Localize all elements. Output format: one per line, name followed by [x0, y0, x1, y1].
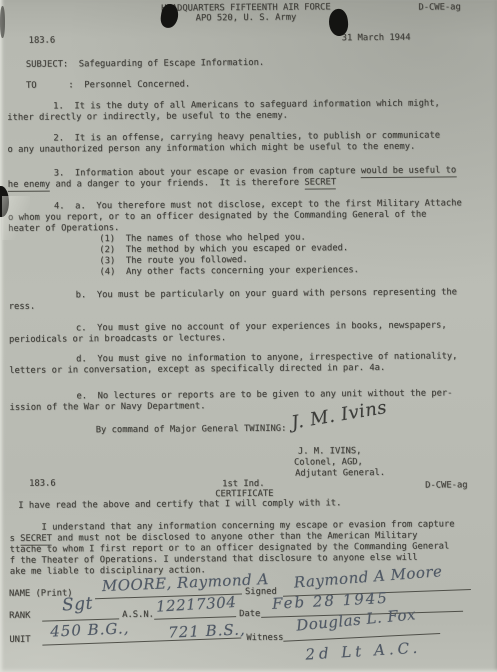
para-d-line1: d. You must give no information to anyon… — [76, 351, 457, 364]
rank-label: RANK — [9, 611, 30, 621]
by-command-line: By command of Major General TWINING: — [96, 424, 287, 435]
cert-line2-pre: s — [10, 534, 21, 544]
memo-content: HEADQUARTERS FIFTEENTH AIR FORCE APO 520… — [0, 0, 497, 672]
office-symbol-ind: D-CWE-ag — [425, 480, 467, 490]
unit-value2-handwritten: 721 B.S., — [168, 620, 246, 641]
signature-name: J. M. IVINS, — [298, 446, 362, 456]
para4a-line2: o whom you report, or to an officer desi… — [8, 210, 426, 223]
unit-value1-handwritten: 450 B.G., — [50, 619, 130, 640]
para3-line1: 3. Information about your escape or evas… — [54, 165, 457, 178]
file-number-top: 183.6 — [29, 36, 56, 46]
office-symbol-top: D-CWE-ag — [418, 2, 460, 12]
list-item-3: (3) The route you followed. — [99, 255, 247, 266]
ivins-signature-script: J. M. Ivins — [290, 397, 389, 434]
cert-line4: f the Theater of Operations. I understan… — [10, 553, 418, 566]
para3-line2: he enemy and a danger to your friends. I… — [8, 177, 336, 190]
para-c-line2: periodicals or in broadcasts or lectures… — [9, 333, 226, 345]
list-item-2: (2) The method by which you escaped or e… — [99, 243, 348, 255]
para-e-line2: ission of the War or Navy Department. — [9, 401, 205, 413]
certify-line: I have read the above and certify that I… — [18, 498, 341, 511]
list-item-1: (1) The names of those who helped you. — [99, 233, 306, 245]
para3-line2-text: and a danger to your friends. It is ther… — [50, 178, 304, 190]
para3-underline-2: he enemy — [8, 180, 50, 192]
to-line: TO : Personnel Concerned. — [26, 79, 190, 90]
file-number-ind: 183.6 — [29, 479, 56, 489]
witness-title-handwritten: 2d Lt A.C. — [305, 639, 422, 664]
asn-value-handwritten: 12217304 — [156, 593, 237, 616]
para3-secret-word: SECRET — [304, 177, 336, 189]
certificate-title: CERTIFICATE — [215, 489, 273, 499]
unit-label: UNIT — [9, 635, 30, 645]
para1-line2: ither directly or indirectly, be useful … — [7, 111, 288, 123]
indorsement-label: 1st Ind. — [222, 479, 264, 489]
edge-smudge — [0, 6, 5, 38]
subject-line: SUBJECT: Safeguarding of Escape Informat… — [26, 58, 264, 70]
para3-underline-1: would be useful to — [361, 165, 456, 178]
para-b-line1: b. You must be particularly on your guar… — [76, 287, 457, 300]
signed-value-handwritten: Raymond A Moore — [293, 562, 443, 592]
document-date: 31 March 1944 — [342, 33, 411, 44]
signature-rank: Colonel, AGD, — [294, 457, 363, 468]
para-e-line1: e. No lectures or reports are to be give… — [76, 388, 452, 401]
list-item-4: (4) Any other facts concerning your expe… — [99, 265, 359, 277]
date-label: Date — [239, 609, 260, 619]
witness-label: Witness — [246, 633, 283, 643]
para-c-line1: c. You must give no account of your expe… — [76, 320, 447, 333]
rank-value-handwritten: Sgt — [61, 594, 93, 616]
paper-fold-mark — [2, 196, 30, 240]
asn-line — [154, 616, 236, 620]
signature-title: Adjutant General. — [295, 468, 385, 479]
para-b-line2: ress. — [9, 302, 36, 312]
scanned-memo-page: HEADQUARTERS FIFTEENTH AIR FORCE APO 520… — [0, 0, 497, 672]
para-d-line2: letters or in conversation, except as sp… — [9, 363, 385, 376]
para2-line2: o any unauthorized person any informatio… — [7, 142, 415, 155]
para1-line1: 1. It is the duty of all Americans to sa… — [53, 99, 440, 112]
